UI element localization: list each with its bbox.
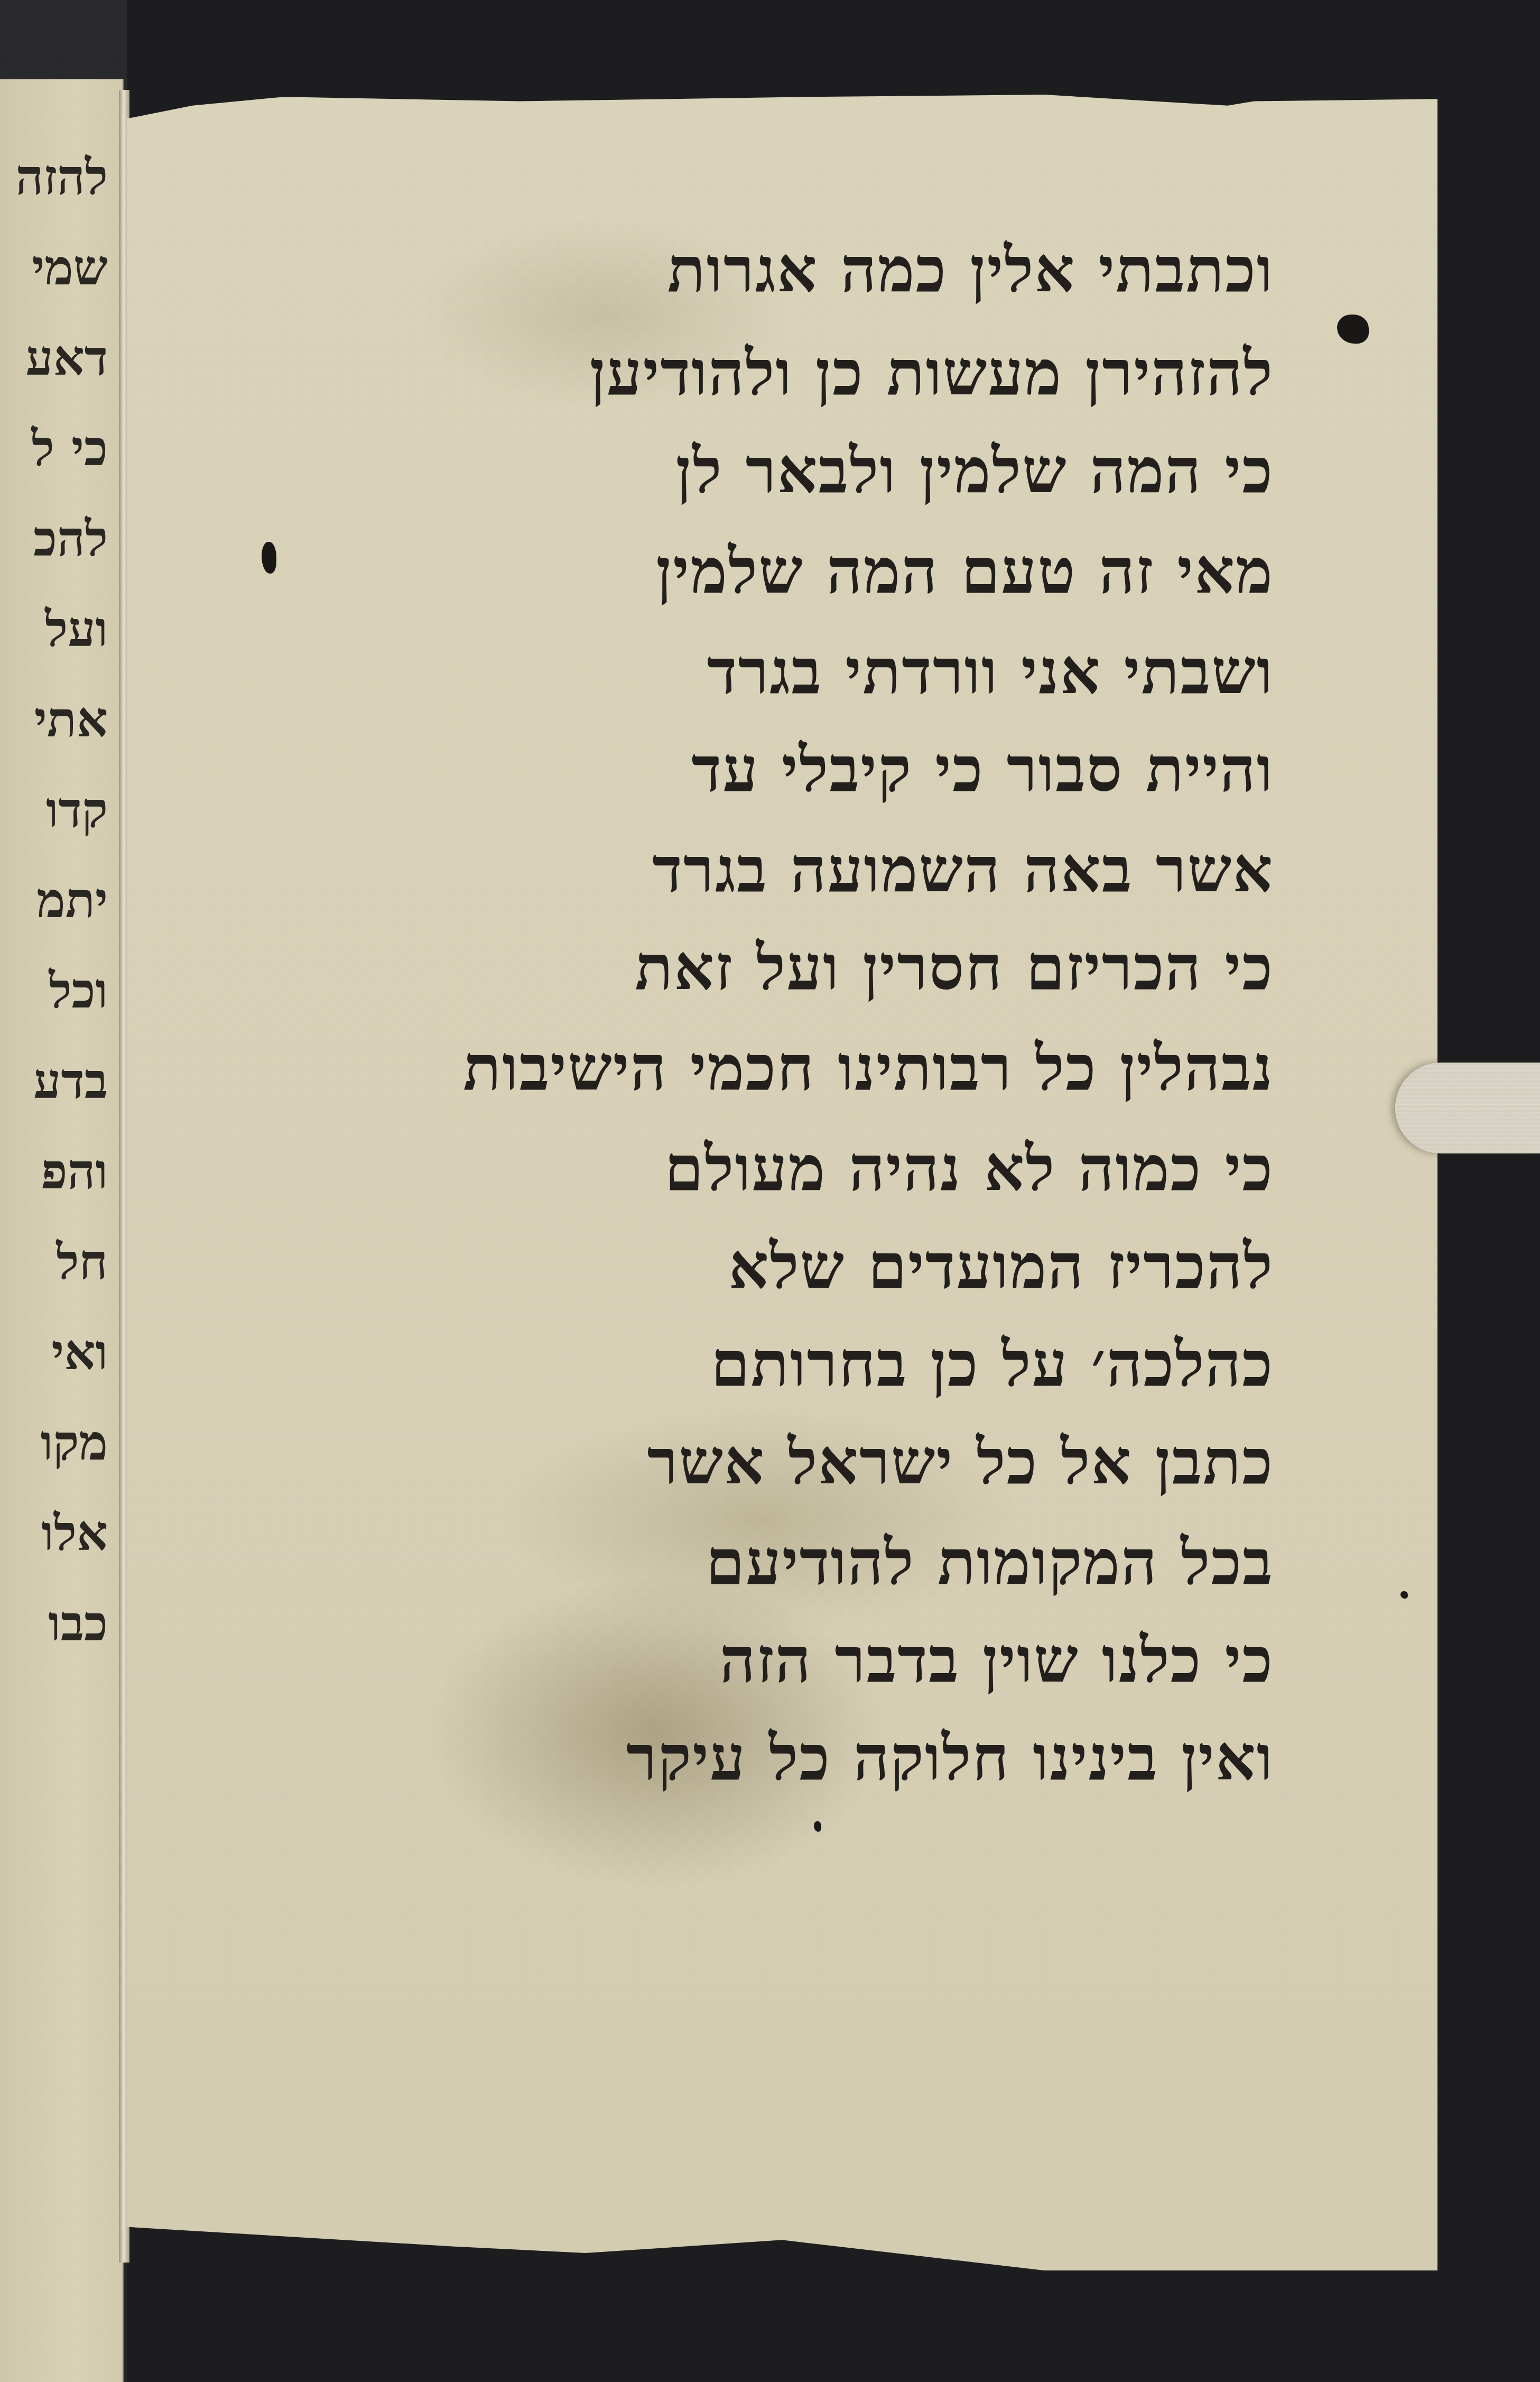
text-line: להכריז המועדים שלא xyxy=(729,1226,1274,1306)
text-line: כי המה שלמין ולבאר לן xyxy=(675,431,1274,510)
left-line: קדו xyxy=(15,765,108,855)
left-line: להזה xyxy=(15,132,108,223)
right-page: וכתבתי אלין כמה אגרות להזהירן מעשות כן ו… xyxy=(127,93,1437,2270)
left-line: יתמ xyxy=(15,855,108,946)
text-line: להזהירן מעשות כן ולהודיען xyxy=(590,333,1274,412)
text-line: ואין בינינו חלוקה כל עיקר xyxy=(626,1718,1274,1797)
manuscript-text: וכתבתי אלין כמה אגרות להזהירן מעשות כן ו… xyxy=(127,93,1437,2270)
text-line: בכל המקומות להודיעם xyxy=(706,1522,1274,1602)
left-line: בדע xyxy=(15,1036,108,1127)
ink-blot-line4 xyxy=(262,542,276,574)
ink-dot-bottom xyxy=(814,1821,821,1832)
ink-dot-right-margin xyxy=(1400,1591,1408,1599)
left-line: כבו xyxy=(15,1578,108,1669)
bookmark-tab xyxy=(1395,1063,1540,1153)
text-line: אשר באה השמועה בגרד xyxy=(652,830,1274,909)
text-line: כהלכה׳ על כן בחרותם xyxy=(711,1324,1274,1404)
left-line: ועל xyxy=(15,584,108,675)
text-line: כי כלנו שוין בדבר הזה xyxy=(720,1620,1274,1700)
left-line: מקו xyxy=(15,1398,108,1488)
text-line: מאי זה טעם המה שלמין xyxy=(656,531,1274,611)
left-line: אלו xyxy=(15,1488,108,1578)
text-line: וכתבתי אלין כמה אגרות xyxy=(667,230,1274,309)
left-line: שמי xyxy=(15,223,108,313)
left-page-text: להזה שמי דאע כי ל להכ ועל אתי קדו יתמ וכ… xyxy=(15,132,108,1669)
left-line: אתי xyxy=(15,675,108,765)
text-line: והיית סבור כי קיבלי עד xyxy=(691,730,1274,809)
text-line: כתבן אל כל ישראל אשר xyxy=(647,1422,1274,1501)
text-line: ושבתי אני וורדתי בגרד xyxy=(707,632,1274,711)
text-line: כי הכריזם חסרין ועל זאת xyxy=(635,928,1274,1007)
left-line: והפ xyxy=(15,1127,108,1217)
left-page-fragment: להזה שמי דאע כי ל להכ ועל אתי קדו יתמ וכ… xyxy=(0,79,124,2382)
left-line: להכ xyxy=(15,494,108,584)
left-line: ואי xyxy=(15,1307,108,1398)
text-line: כי כמוה לא נהיה מעולם xyxy=(665,1129,1274,1208)
left-line: וכל xyxy=(15,946,108,1036)
left-line: כי ל xyxy=(15,403,108,494)
left-line: דאע xyxy=(15,313,108,403)
left-line: חל xyxy=(15,1217,108,1307)
text-line: נבהלין כל רבותינו חכמי הישיבות xyxy=(463,1028,1274,1107)
